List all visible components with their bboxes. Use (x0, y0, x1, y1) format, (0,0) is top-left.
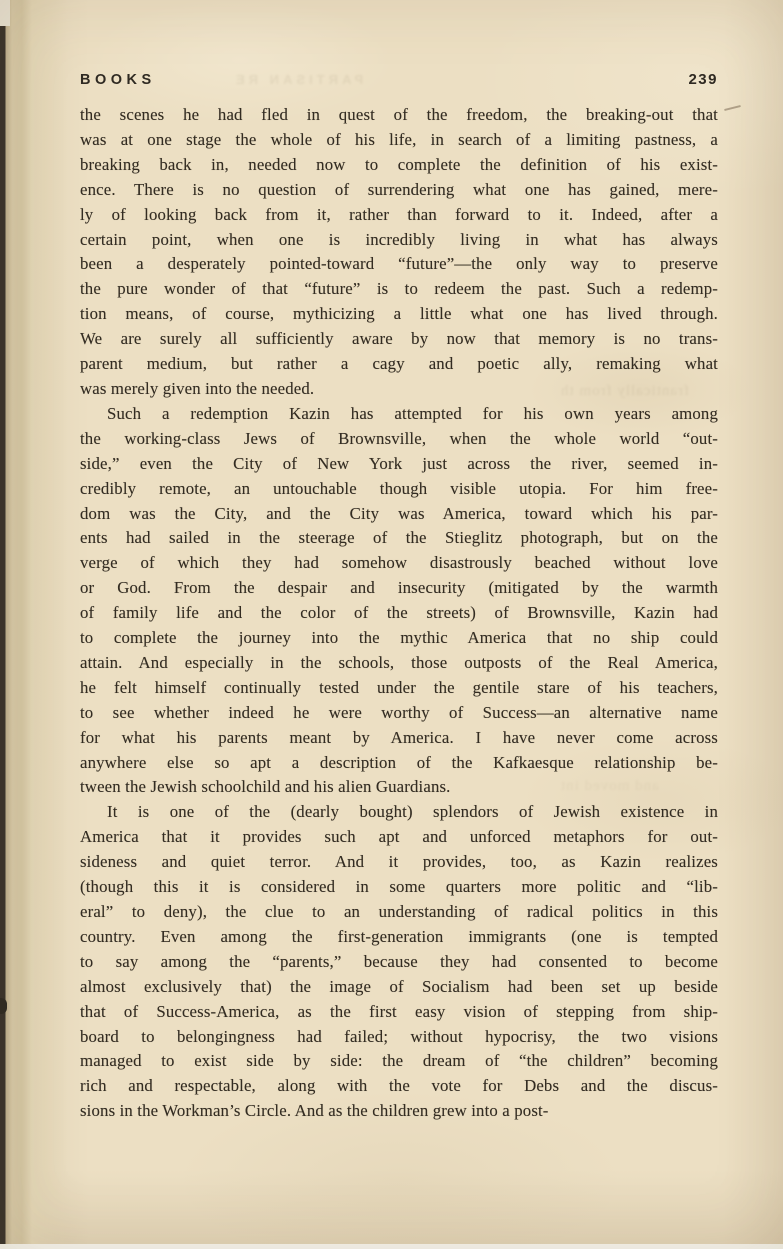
text-line: was merely given into the needed. (80, 377, 718, 402)
running-header: BOOKS 239 (80, 71, 718, 88)
text-line: America that it provides such apt and un… (80, 825, 718, 850)
text-line: certain point, when one is incredibly li… (80, 228, 718, 253)
text-column: the scenes he had fled in quest of the f… (80, 103, 718, 1124)
text-line: to see whether indeed he were worthy of … (80, 701, 718, 726)
text-line: ence. There is no question of surrenderi… (80, 178, 718, 203)
text-line: side,” even the City of New York just ac… (80, 452, 718, 477)
page-number: 239 (688, 71, 718, 88)
text-line: rich and respectable, along with the vot… (80, 1074, 718, 1099)
text-line: the scenes he had fled in quest of the f… (80, 103, 718, 128)
section-title: BOOKS (80, 72, 156, 88)
text-line: ly of looking back from it, rather than … (80, 203, 718, 228)
text-line: or God. From the despair and insecurity … (80, 576, 718, 601)
scan-edge-left-top (0, 0, 10, 26)
scan-edge-bottom (0, 1244, 783, 1249)
text-line: attain. And especially in the schools, t… (80, 651, 718, 676)
text-line: It is one of the (dearly bought) splendo… (80, 800, 718, 825)
text-line: verge of which they had somehow disastro… (80, 551, 718, 576)
scan-edge-left (0, 0, 70, 1249)
page-edge-notch (0, 998, 7, 1014)
text-line: managed to exist side by side: the dream… (80, 1049, 718, 1074)
text-line: tion means, of course, mythicizing a lit… (80, 302, 718, 327)
text-line: (though this it is considered in some qu… (80, 875, 718, 900)
text-line: ents had sailed in the steerage of the S… (80, 526, 718, 551)
text-line: eral” to deny), the clue to an understan… (80, 900, 718, 925)
paragraph: It is one of the (dearly bought) splendo… (80, 800, 718, 1124)
text-line: anywhere else so apt a description of th… (80, 751, 718, 776)
text-line: We are surely all sufficiently aware by … (80, 327, 718, 352)
text-line: dom was the City, and the City was Ameri… (80, 502, 718, 527)
text-line: the working-class Jews of Brownsville, w… (80, 427, 718, 452)
text-line: Such a redemption Kazin has attempted fo… (80, 402, 718, 427)
text-line: almost exclusively that) the image of So… (80, 975, 718, 1000)
text-line: for what his parents meant by America. I… (80, 726, 718, 751)
paragraph: the scenes he had fled in quest of the f… (80, 103, 718, 402)
text-line: been a desperately pointed-toward “futur… (80, 252, 718, 277)
text-line: country. Even among the first-generation… (80, 925, 718, 950)
text-line: sions in the Workman’s Circle. And as th… (80, 1099, 718, 1124)
text-line: parent medium, but rather a cagy and poe… (80, 352, 718, 377)
text-line: sideness and quiet terror. And it provid… (80, 850, 718, 875)
paragraph: Such a redemption Kazin has attempted fo… (80, 402, 718, 801)
text-line: to say among the “parents,” because they… (80, 950, 718, 975)
text-line: that of Success-America, as the first ea… (80, 1000, 718, 1025)
text-line: to complete the journey into the mythic … (80, 626, 718, 651)
text-line: credibly remote, an untouchable though v… (80, 477, 718, 502)
text-line: was at one stage the whole of his life, … (80, 128, 718, 153)
text-line: he felt himself continually tested under… (80, 676, 718, 701)
text-line: the pure wonder of that “future” is to r… (80, 277, 718, 302)
text-line: of family life and the color of the stre… (80, 601, 718, 626)
text-line: breaking back in, needed now to complete… (80, 153, 718, 178)
scratch-mark (724, 105, 741, 111)
book-page-scan: PARTISAN RE frantically from th and move… (0, 0, 783, 1249)
text-line: board to belongingness had failed; witho… (80, 1025, 718, 1050)
text-line: tween the Jewish schoolchild and his ali… (80, 775, 718, 800)
